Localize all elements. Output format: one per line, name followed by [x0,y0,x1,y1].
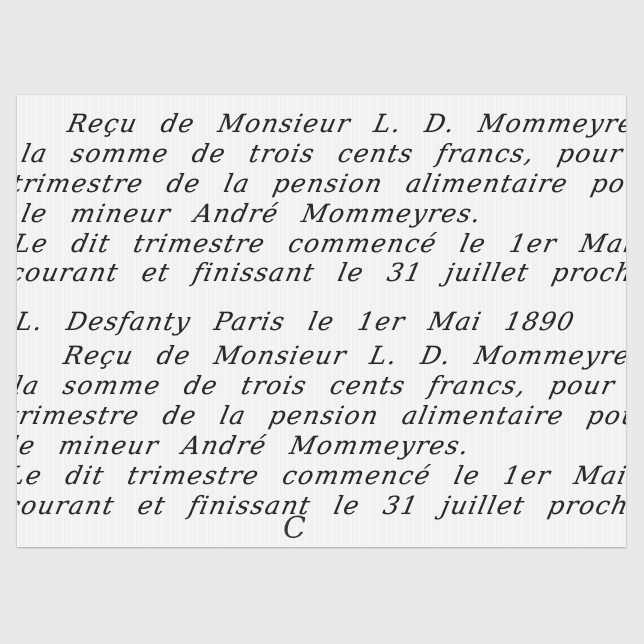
line-1-1: Reçu de Monsieur L. D. Mommeyres [65,109,626,138]
line-1-3: trimestre de la pension alimentaire pour [17,169,626,198]
page-background: Reçu de Monsieur L. D. Mommeyres la somm… [0,0,644,644]
line-2-1: Reçu de Monsieur L. D. Mommeyres [61,341,626,370]
line-2-6: courant et finissant le 31 juillet proch… [17,491,626,520]
line-2-3: trimestre de la pension alimentaire pour [17,401,626,430]
signature-date-line: L. Desfanty Paris le 1er Mai 1890 [17,307,578,336]
line-1-6: courant et finissant le 31 juillet proch… [17,258,626,287]
line-1-5: Le dit trimestre commencé le 1er Mai [17,229,626,258]
line-1-2: la somme de trois cents francs, pour un [19,139,626,168]
line-1-4: le mineur André Mommeyres. [19,199,485,228]
line-2-4: le mineur André Mommeyres. [17,431,473,460]
line-2-5: Le dit trimestre commencé le 1er Mai [17,461,626,490]
handwritten-document-card: Reçu de Monsieur L. D. Mommeyres la somm… [17,95,626,547]
trailing-flourish-mark: C [283,511,306,546]
line-2-2: la somme de trois cents francs, pour un [17,371,626,400]
